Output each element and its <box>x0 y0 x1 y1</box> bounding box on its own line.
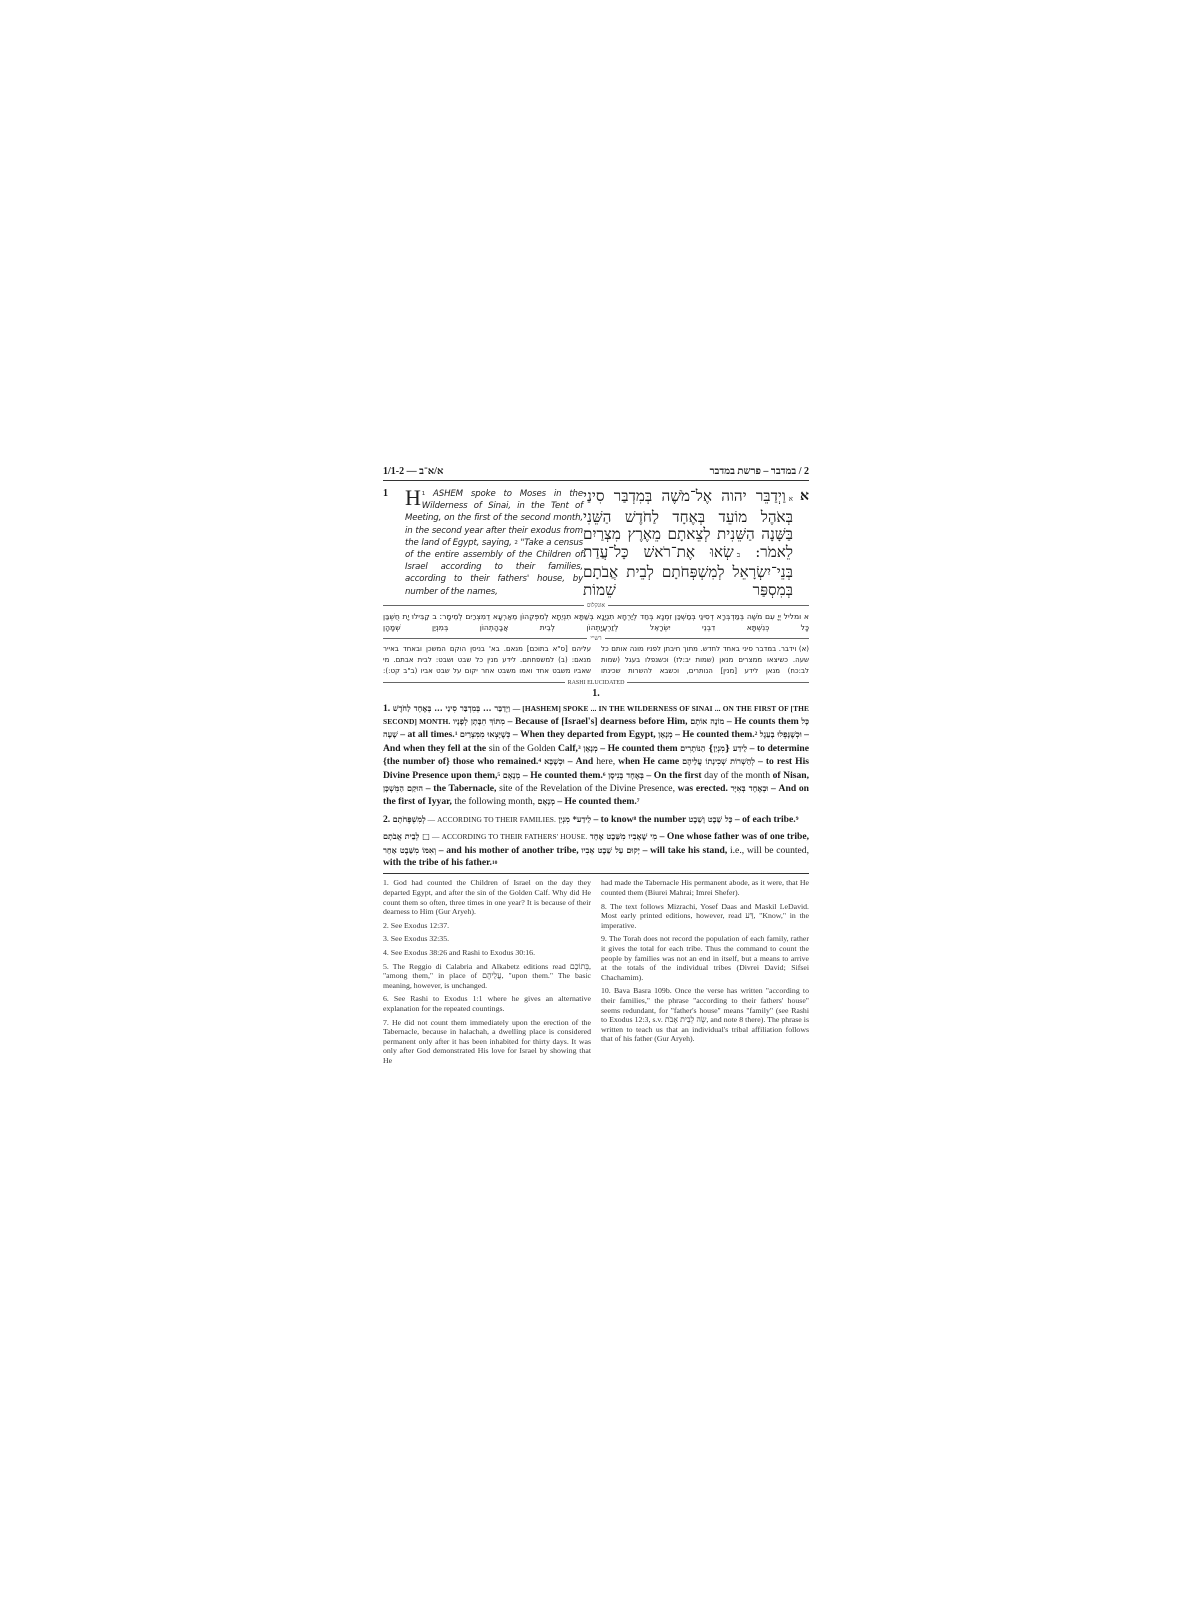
explanatory-text: sin of the Golden <box>486 743 558 754</box>
hebrew-lemma: לְמִשְׁפְּחֹתָם <box>393 814 426 824</box>
hebrew-phrase: וּכְשֶׁבָּא <box>544 756 565 766</box>
footnote-ref: 3 <box>578 745 581 751</box>
phrase-translation: – One whose father was of one tribe, <box>657 831 809 842</box>
rashi-col-2: עליהם [ס"א בתוכם] מנאם. בא' בניסן הוקם ה… <box>383 644 591 677</box>
rashi-hebrew: (א) וידבר. במדבר סיני באחד לחדש. מתוך חי… <box>383 644 809 677</box>
drop-cap: H <box>405 488 421 508</box>
footnote: 6. See Rashi to Exodus 1:1 where he give… <box>383 994 591 1013</box>
book-page: 1/1-2 — א/א־ב 2 / במדבר – פרשת במדבר 1 1… <box>383 466 809 1070</box>
explanatory-text: site of the Revelation of the Divine Pre… <box>496 783 677 794</box>
elucidation-paragraph-2: 2. לְמִשְׁפְּחֹתָם — ACCORDING TO THEIR … <box>383 813 809 826</box>
hebrew-phrase: מְנָאָם <box>503 770 520 780</box>
footnote-ref: 1 <box>455 731 458 737</box>
footnote-ref: 4 <box>538 758 541 764</box>
explanatory-text: day of the month <box>702 770 773 781</box>
footnote: 9. The Torah does not record the populat… <box>601 934 809 982</box>
verse-block: 1 1 HASHEM spoke to Moses in the Wildern… <box>383 488 809 600</box>
phrase-translation: – to know <box>591 814 633 825</box>
phrase-translation: – He counted them. <box>555 796 637 807</box>
elucidated-divider: RASHI ELUCIDATED <box>383 680 809 686</box>
hebrew-phrase: לְהַשְׁרוֹת שְׁכִינָתוֹ עֲלֵיהֶם <box>682 756 755 766</box>
phrase-translation: – On the first <box>644 770 702 781</box>
hebrew-lemma: וַיְדַבֵּר ... בְּמִדְבַּר סִינַי ... בְ… <box>393 703 510 713</box>
footnote-ref: 10 <box>492 860 498 866</box>
hebrew-phrase: מוֹנֶה אוֹתָם <box>690 716 724 726</box>
hebrew-phrase: מִתּוֹךְ חִבָּתָן לְפָנָיו <box>453 716 505 726</box>
footnote-ref: 2 <box>755 731 758 737</box>
phrase-translation: – will take his stand, <box>640 845 727 856</box>
hebrew-lemma: □ לְבֵית אֲבֹתָם <box>383 831 430 841</box>
verse-number-he: ב <box>737 551 740 559</box>
footnote: 8. The text follows Mizrachi, Yosef Daas… <box>601 902 809 931</box>
phrase-translation: of Nisan, <box>773 770 809 781</box>
phrase-translation: Calf, <box>558 743 578 754</box>
hebrew-phrase: בְּאֶחָד בְּנִיסָן <box>608 770 644 780</box>
hebrew-phrase: וּבְאֶחָד בְּאִיָּר <box>731 783 769 793</box>
chapter-number-en: 1 <box>383 488 405 600</box>
rashi-col-1: (א) וידבר. במדבר סיני באחד לחדש. מתוך חי… <box>601 644 809 677</box>
phrase-translation: was erected. <box>678 783 728 794</box>
footnotes-col-1: 1. God had counted the Children of Israe… <box>383 878 591 1069</box>
phrase-translation: – and his mother of another tribe, <box>436 845 579 856</box>
para-number: 1. <box>383 703 390 714</box>
phrase-translation: – When they departed from Egypt, <box>510 729 655 740</box>
phrase-translation: – Because of [Israel's] dearness before … <box>505 716 688 727</box>
footnotes: 1. God had counted the Children of Israe… <box>383 878 809 1069</box>
footnote: 1. God had counted the Children of Israe… <box>383 878 591 916</box>
footnote: 7. He did not count them immediately upo… <box>383 1018 591 1066</box>
hebrew-phrase: כְּשֶׁיָּצְאוּ מִמִּצְרַיִם <box>460 729 511 739</box>
chapter-number-he: א <box>793 488 809 600</box>
verse-number: 1 <box>422 491 425 497</box>
hebrew-phrase: מְנָאָן <box>658 729 673 739</box>
hebrew-verse: א אוַיְדַבֵּר יהוה אֶל־מֹשֶׁה בְּמִדְבַּ… <box>583 488 809 600</box>
chapter-verse-ref: 1/1-2 — א/א־ב <box>383 466 443 477</box>
lemma-translation: — ACCORDING TO THEIR FAMILIES. <box>426 815 556 824</box>
hebrew-phrase: מְנָאָם <box>537 796 554 806</box>
english-translation: 1 1 HASHEM spoke to Moses in the Wildern… <box>383 488 583 600</box>
footnote: 4. See Exodus 38:26 and Rashi to Exodus … <box>383 948 591 958</box>
footnote: 5. The Reggio di Calabria and Alkabetz e… <box>383 962 591 991</box>
phrase-translation: – at all times. <box>398 729 455 740</box>
footnotes-col-2: had made the Tabernacle His permanent ab… <box>601 878 809 1069</box>
hebrew-verse-text: אוַיְדַבֵּר יהוה אֶל־מֹשֶׁה בְּמִדְבַּר … <box>583 488 793 600</box>
footnote-ref: 6 <box>603 772 606 778</box>
phrase-translation: – of each tribe. <box>733 814 796 825</box>
hebrew-phrase: מִי שֶׁאָבִיו מִשֵּׁבֶט אֶחָד <box>590 831 657 841</box>
explanatory-text: the following month, <box>452 796 538 807</box>
elucidation-paragraph-1: 1. וַיְדַבֵּר ... בְּמִדְבַּר סִינַי ...… <box>383 702 809 809</box>
phrase-translation: – He counted them <box>598 743 678 754</box>
rashi-elucidated: 1. וַיְדַבֵּר ... בְּמִדְבַּר סִינַי ...… <box>383 702 809 870</box>
hebrew-phrase: לֵידַע {מִנְיַן} הַנּוֹתָרִים <box>680 743 747 753</box>
explanatory-text: i.e., will be counted, <box>727 845 809 856</box>
elucidation-paragraph-3: □ לְבֵית אֲבֹתָם — ACCORDING TO THEIR FA… <box>383 830 809 869</box>
hashem-smallcaps: ASHEM <box>433 489 463 499</box>
phrase-translation: – the Tabernacle, <box>423 783 496 794</box>
footnote: 2. See Exodus 12:37. <box>383 921 591 931</box>
hebrew-phrase: מְנָאָן <box>583 743 598 753</box>
hebrew-phrase: יָקוּם עַל שֵׁבֶט אָבִיו <box>581 845 639 855</box>
running-header: 1/1-2 — א/א־ב 2 / במדבר – פרשת במדבר <box>383 466 809 481</box>
footnote: 3. See Exodus 32:35. <box>383 934 591 944</box>
lemma-translation: — ACCORDING TO THEIR FATHERS' HOUSE. <box>430 832 587 841</box>
hebrew-phrase: וְאִמּוֹ מִשֵּׁבֶט אַחֵר <box>383 845 436 855</box>
phrase-translation: – He counted them. <box>520 770 603 781</box>
footnote-ref: 7 <box>637 798 640 804</box>
onkelos-divider: אונקלוס <box>383 603 809 609</box>
page-number-parsha: 2 / במדבר – פרשת במדבר <box>710 466 809 477</box>
english-verse-text: 1 HASHEM spoke to Moses in the Wildernes… <box>405 488 583 600</box>
rashi-label: רש"י <box>587 636 604 642</box>
onkelos-label: אונקלוס <box>584 603 608 609</box>
footnote-ref: 5 <box>497 772 500 778</box>
onkelos-text: א ומליל יְיָ עִם מֹשֶׁה בְּמַדְבְּרָא דְ… <box>383 611 809 633</box>
footnote: had made the Tabernacle His permanent ab… <box>601 878 809 897</box>
footnote-ref: 9 <box>796 816 799 822</box>
hebrew-phrase: לֵידַע* מִנְיַן <box>558 814 591 824</box>
para-number: 2. <box>383 814 390 825</box>
elucidated-label: RASHI ELUCIDATED <box>565 680 628 686</box>
phrase-translation: the number <box>636 814 686 825</box>
verse-number: 2 <box>514 540 517 546</box>
phrase-translation: – And <box>565 756 596 767</box>
hebrew-phrase: וּכְשֶׁנָּפְלוּ בָעֵגֶל <box>760 729 802 739</box>
phrase-translation: – He counts them <box>724 716 798 727</box>
explanatory-text: here, <box>596 756 615 767</box>
footnotes-rule <box>383 873 809 874</box>
footnote: 10. Bava Basra 109b. Once the verse has … <box>601 986 809 1044</box>
elucidated-chapter: 1. <box>383 688 809 699</box>
phrase-translation: when He came <box>615 756 679 767</box>
rashi-divider: רש"י <box>383 636 809 642</box>
hebrew-phrase: כָּל שֵׁבֶט וָשֵׁבֶט <box>689 814 733 824</box>
phrase-translation: – He counted them. <box>673 729 755 740</box>
phrase-translation: with the tribe of his father. <box>383 857 492 868</box>
hebrew-phrase: הוּקַם הַמִּשְׁכָּן <box>383 783 423 793</box>
verse-number-he: א <box>789 495 793 503</box>
